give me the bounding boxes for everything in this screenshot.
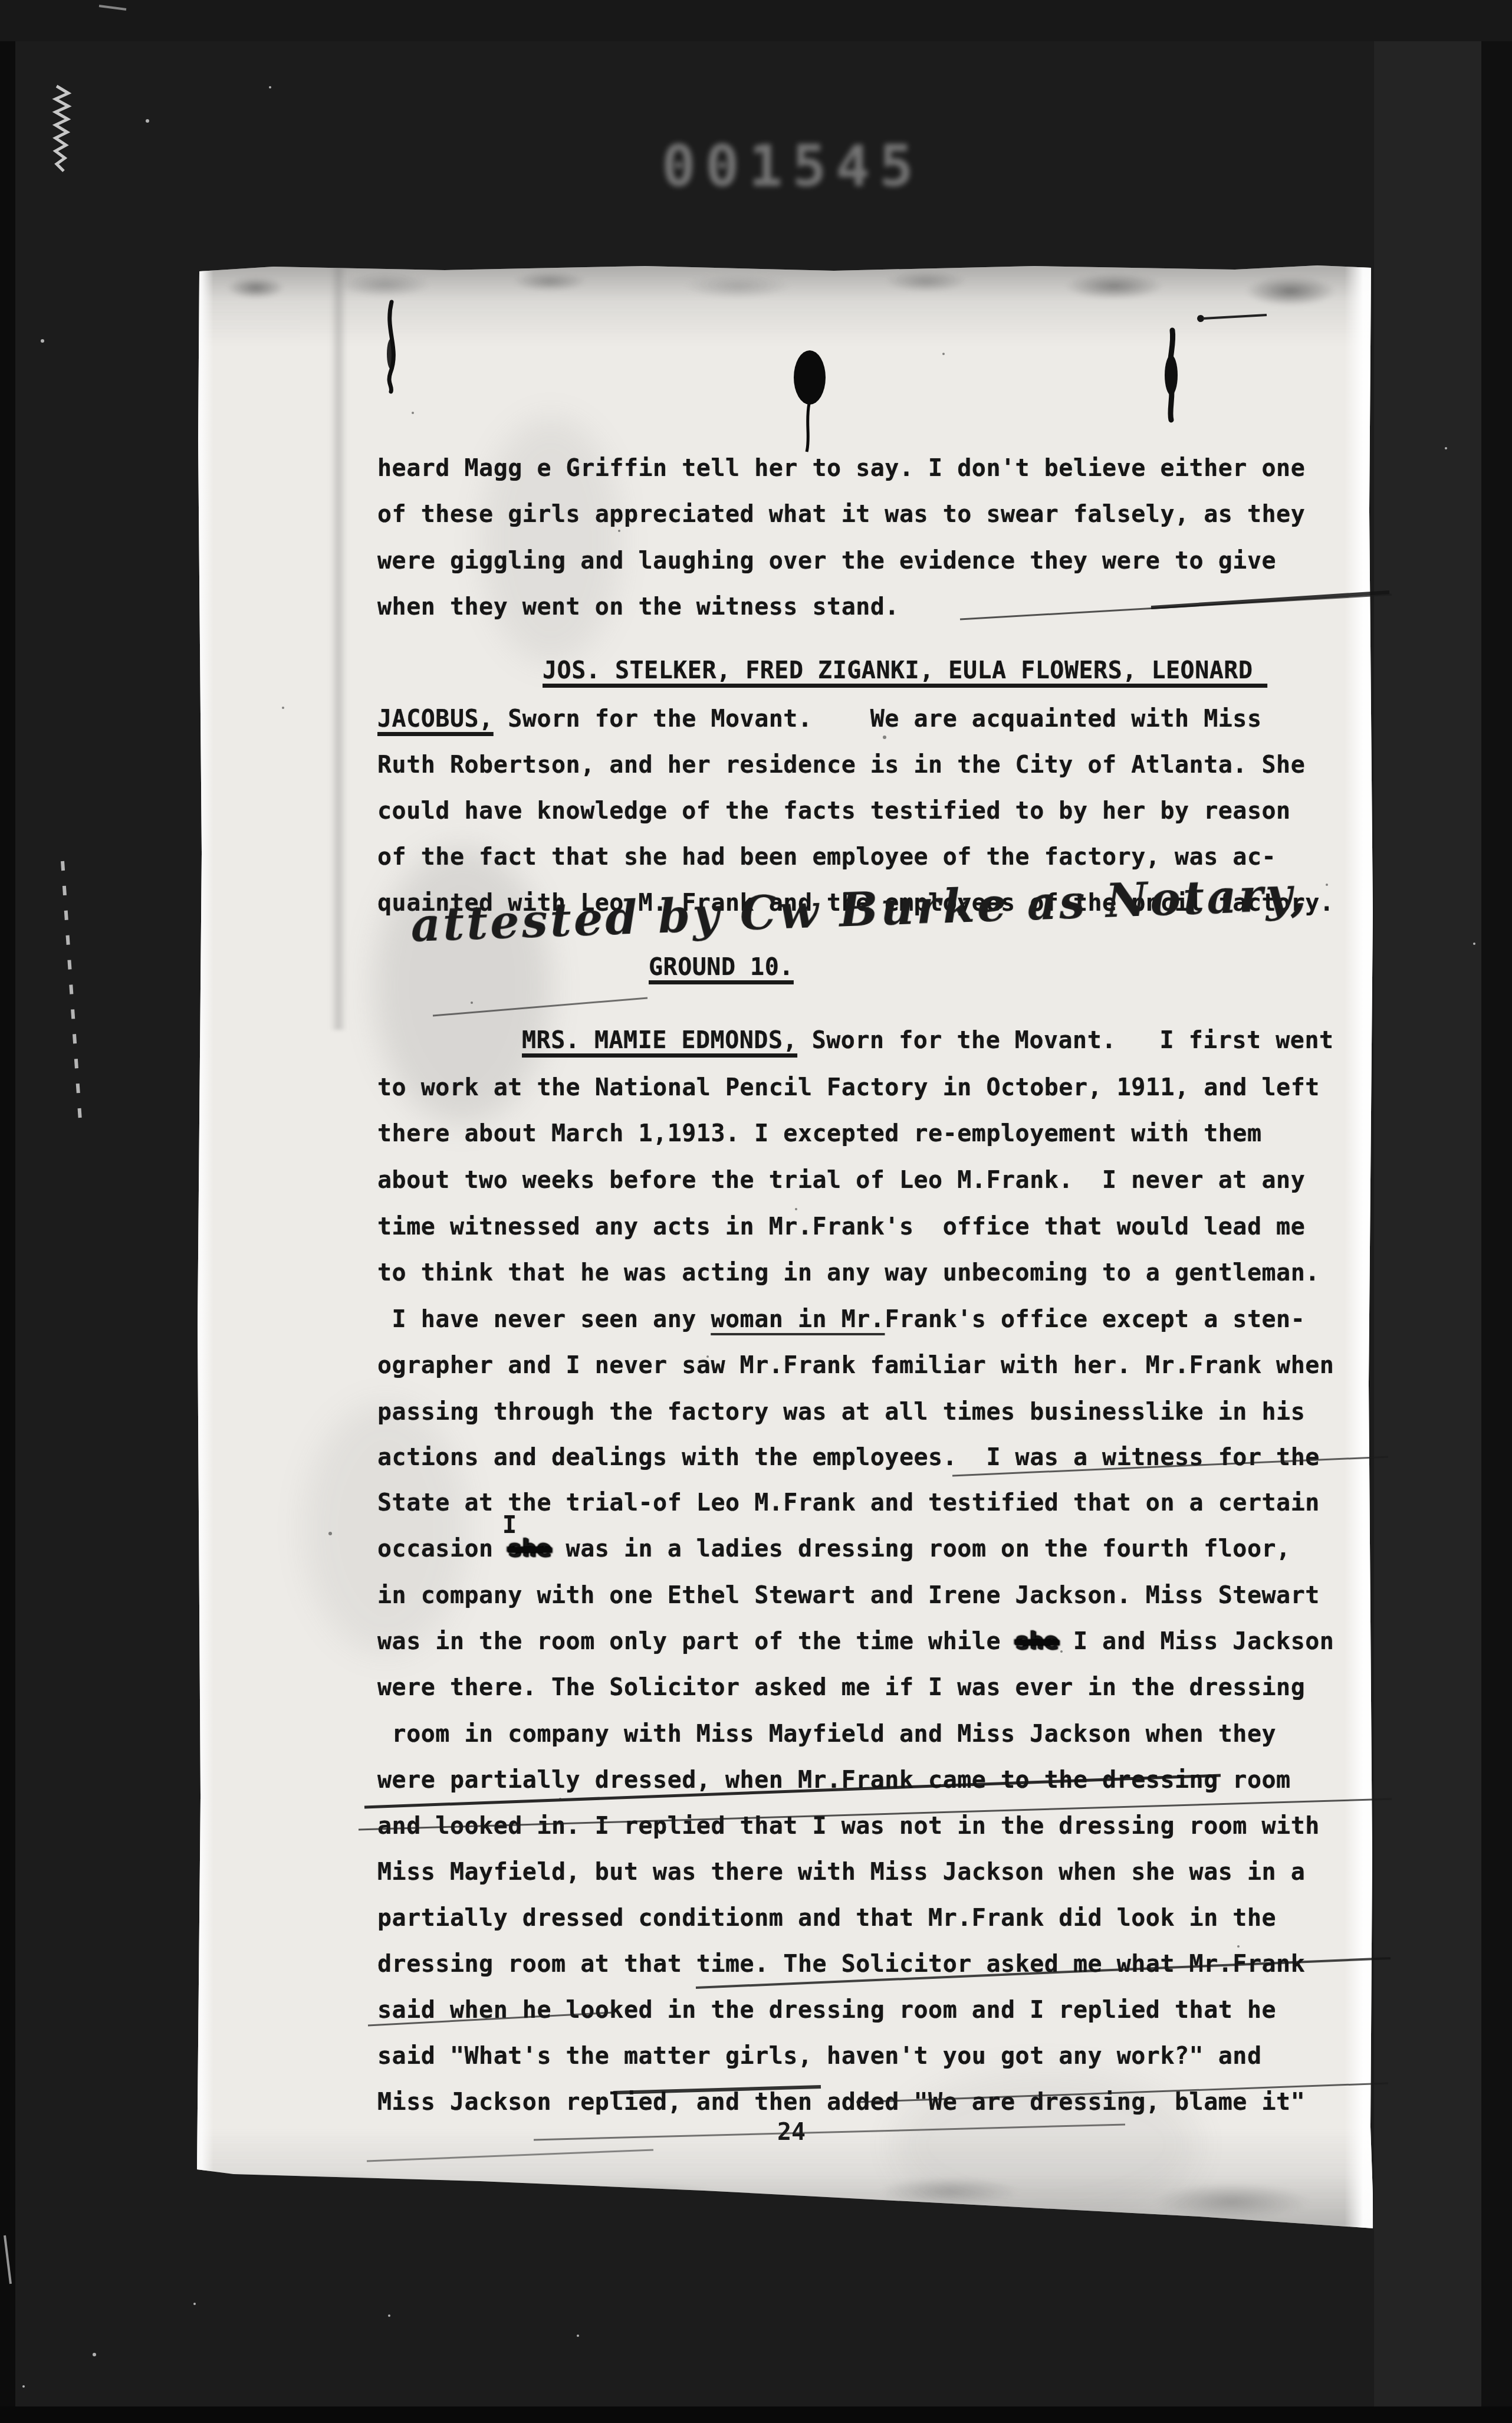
typewritten-line: to think that he was acting in any way u… bbox=[377, 1259, 1320, 1287]
typewritten-segment: in company with one Ethel Stewart and Ir… bbox=[377, 1582, 1320, 1609]
typewritten-segment: woman in Mr. bbox=[711, 1306, 885, 1333]
typewritten-line: when they went on the witness stand. bbox=[377, 593, 899, 621]
typewritten-segment: Sworn for the Movant. We are acquainted … bbox=[494, 705, 1262, 733]
typewritten-segment: JACOBUS, bbox=[377, 705, 494, 733]
typewritten-line: of the fact that she had been employee o… bbox=[377, 843, 1276, 871]
typewritten-line: in company with one Ethel Stewart and Ir… bbox=[377, 1581, 1320, 1610]
typewritten-line: actions and dealings with the employees.… bbox=[377, 1443, 1320, 1472]
typewritten-segment: Ruth Robertson, and her residence is in … bbox=[377, 751, 1305, 779]
typewritten-segment: of these girls appreciated what it was t… bbox=[377, 501, 1305, 528]
typewritten-segment: I have never seen any bbox=[377, 1306, 711, 1333]
typewritten-segment: room in company with Miss Mayfield and M… bbox=[377, 1721, 1276, 1748]
typewritten-line: and looked in. I replied that I was not … bbox=[377, 1812, 1320, 1840]
typewritten-line: MRS. MAMIE EDMONDS, Sworn for the Movant… bbox=[522, 1026, 1334, 1055]
typewritten-segment: occasion bbox=[377, 1535, 508, 1562]
typewritten-segment: she bbox=[1015, 1628, 1059, 1655]
typewritten-segment: Miss Jackson replied, and then added "We… bbox=[377, 2089, 1305, 2116]
typewritten-line: about two weeks before the trial of Leo … bbox=[377, 1166, 1305, 1194]
typewritten-segment: were there. The Solicitor asked me if I … bbox=[377, 1674, 1305, 1701]
typewritten-line: said "What's the matter girls, haven't y… bbox=[377, 2042, 1262, 2070]
typewritten-line: were partially dressed, when Mr.Frank ca… bbox=[377, 1766, 1291, 1794]
typewritten-line: to work at the National Pencil Factory i… bbox=[377, 1073, 1320, 1102]
typewritten-line: was in the room only part of the time wh… bbox=[377, 1627, 1334, 1656]
typewritten-line: ographer and I never saw Mr.Frank famili… bbox=[377, 1351, 1334, 1380]
typewritten-segment: when they went on the witness stand. bbox=[377, 593, 899, 620]
typewritten-segment: time witnessed any acts in Mr.Frank's of… bbox=[377, 1213, 1305, 1240]
typewritten-line: Ruth Robertson, and her residence is in … bbox=[377, 751, 1305, 779]
typewritten-line: Miss Mayfield, but was there with Miss J… bbox=[377, 1858, 1305, 1886]
typewritten-segment: passing through the factory was at all t… bbox=[377, 1398, 1305, 1426]
typewritten-segment: she bbox=[508, 1535, 551, 1562]
typewritten-segment: said "What's the matter girls, haven't y… bbox=[377, 2043, 1262, 2070]
microfilm-frame: 001545 heard Magg e Griffin tell her to … bbox=[0, 0, 1512, 2423]
typewritten-line: were there. The Solicitor asked me if I … bbox=[377, 1673, 1305, 1702]
typewritten-segment: Miss Mayfield, but was there with Miss J… bbox=[377, 1859, 1305, 1886]
page-number: 24 bbox=[777, 2119, 806, 2146]
typewritten-line: I have never seen any woman in Mr.Frank'… bbox=[377, 1305, 1305, 1334]
typewritten-text-layer: heard Magg e Griffin tell her to say. I … bbox=[0, 0, 1512, 2423]
typewritten-segment: actions and dealings with the employees.… bbox=[377, 1444, 1320, 1471]
typewritten-segment: there about March 1,1913. I excepted re-… bbox=[377, 1120, 1262, 1147]
typewritten-segment: to work at the National Pencil Factory i… bbox=[377, 1074, 1320, 1101]
typewritten-line: partially dressed conditionm and that Mr… bbox=[377, 1904, 1276, 1932]
typewritten-segment: was in the room only part of the time wh… bbox=[377, 1628, 1015, 1655]
typewritten-line: time witnessed any acts in Mr.Frank's of… bbox=[377, 1213, 1305, 1241]
typewritten-line: GROUND 10. bbox=[649, 953, 794, 981]
typewritten-line: JOS. STELKER, FRED ZIGANKI, EULA FLOWERS… bbox=[543, 656, 1267, 685]
typewritten-segment: could have knowledge of the facts testif… bbox=[377, 797, 1291, 825]
typewritten-line: occasion she was in a ladies dressing ro… bbox=[377, 1535, 1291, 1563]
typewritten-segment: I and Miss Jackson bbox=[1059, 1628, 1334, 1655]
typewritten-segment: GROUND 10. bbox=[649, 954, 794, 981]
typewritten-line: there about March 1,1913. I excepted re-… bbox=[377, 1119, 1262, 1148]
typewritten-segment: State at the trial-of Leo M.Frank and te… bbox=[377, 1489, 1320, 1516]
typewritten-segment: and looked in. I replied that I was not … bbox=[377, 1813, 1320, 1840]
typewritten-line: passing through the factory was at all t… bbox=[377, 1398, 1305, 1426]
typewritten-segment: Sworn for the Movant. I first went bbox=[797, 1027, 1334, 1054]
typewritten-line: room in company with Miss Mayfield and M… bbox=[377, 1720, 1276, 1748]
typewritten-segment: of the fact that she had been employee o… bbox=[377, 843, 1276, 871]
typewritten-line: of these girls appreciated what it was t… bbox=[377, 500, 1305, 528]
typewritten-line: were giggling and laughing over the evid… bbox=[377, 547, 1276, 575]
typewritten-segment: about two weeks before the trial of Leo … bbox=[377, 1167, 1305, 1194]
typewritten-line: JACOBUS, Sworn for the Movant. We are ac… bbox=[377, 705, 1262, 733]
typewritten-line: heard Magg e Griffin tell her to say. I … bbox=[377, 454, 1305, 482]
typewritten-segment: were giggling and laughing over the evid… bbox=[377, 547, 1276, 574]
typewritten-segment: was in a ladies dressing room on the fou… bbox=[551, 1535, 1291, 1562]
typewritten-segment: heard Magg e Griffin tell her to say. I … bbox=[377, 455, 1305, 482]
typewritten-segment: Frank's office except a sten- bbox=[885, 1306, 1305, 1333]
typewritten-line: said when he looked in the dressing room… bbox=[377, 1996, 1276, 2024]
typewritten-segment: ographer and I never saw Mr.Frank famili… bbox=[377, 1352, 1334, 1379]
typewritten-segment: said when he looked in the dressing room… bbox=[377, 1997, 1276, 2024]
typewritten-segment: MRS. MAMIE EDMONDS, bbox=[522, 1027, 797, 1054]
typewritten-line: Miss Jackson replied, and then added "We… bbox=[377, 2088, 1305, 2116]
typewritten-segment: partially dressed conditionm and that Mr… bbox=[377, 1905, 1276, 1932]
typewritten-line: dressing room at that time. The Solicito… bbox=[377, 1950, 1305, 1978]
typewritten-segment: JOS. STELKER, FRED ZIGANKI, EULA FLOWERS… bbox=[543, 657, 1267, 684]
typewritten-segment: to think that he was acting in any way u… bbox=[377, 1259, 1320, 1286]
typewritten-line: could have knowledge of the facts testif… bbox=[377, 797, 1291, 825]
typewritten-segment: were partially dressed, when Mr.Frank ca… bbox=[377, 1767, 1291, 1794]
typewritten-line: State at the trial-of Leo M.Frank and te… bbox=[377, 1489, 1320, 1517]
typewritten-segment: dressing room at that time. The Solicito… bbox=[377, 1951, 1305, 1978]
